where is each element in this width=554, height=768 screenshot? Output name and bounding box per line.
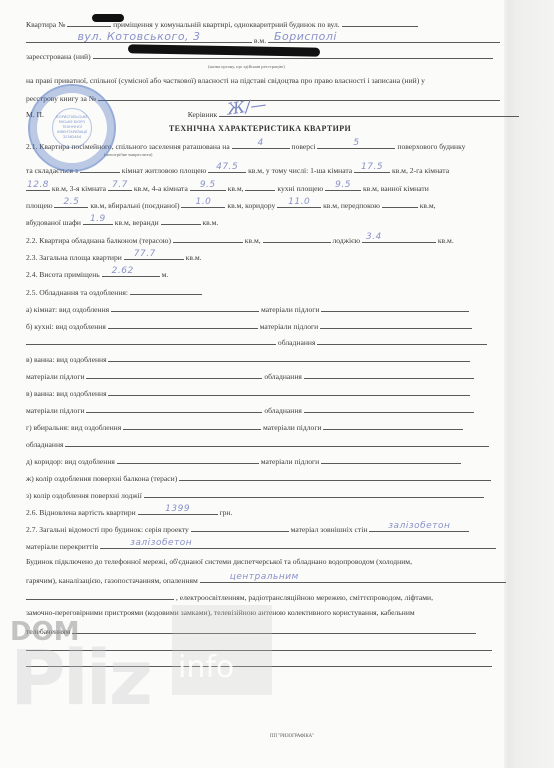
watermark-main: Pliz xyxy=(10,640,150,716)
bathroom-field: 2.5 xyxy=(54,199,88,208)
bath-finish-line-1: в) ванна: вид оздоблення xyxy=(26,353,470,365)
section-2-1-line5: вбудованої шафи 1.9 кв.м, веранди кв.м. xyxy=(26,216,218,228)
toilet-finish-line: г) вбиральня: вид оздоблення матеріали п… xyxy=(26,421,463,433)
loggia-value: 3.4 xyxy=(366,233,436,242)
extra-room-field xyxy=(245,182,275,191)
s22-text-d: кв.м. xyxy=(438,236,454,245)
printer-imprint: ПП "РИЗОГРАФІКА" xyxy=(270,734,314,739)
section-2-2: 2.2. Квартира обладнана балконом (терасо… xyxy=(26,234,454,246)
apartment-label: Квартира № xyxy=(26,20,65,29)
bath-floor-field-1 xyxy=(86,370,262,379)
corridor-floor-label: матеріали підлоги xyxy=(261,457,320,466)
bath-finish-field-2 xyxy=(108,387,470,396)
street-value: вул. Котовського, 3 xyxy=(26,31,252,42)
s21-text-n: кв.м, вбиральні (поєднаної) xyxy=(90,201,179,210)
toilet-equipment-field xyxy=(65,438,489,447)
kitchen-field: 9.5 xyxy=(325,182,361,191)
registered-label: зареєстрована (ний) xyxy=(26,52,91,61)
corridor-finish-field xyxy=(117,455,259,464)
toilet-equipment-label: обладнання xyxy=(26,440,64,449)
balcony-field xyxy=(173,234,243,243)
s21-text-j: кв.м, xyxy=(228,184,244,193)
city-value: Борисполі xyxy=(274,31,500,42)
closet-field: 1.9 xyxy=(83,216,113,225)
toilet-equipment-line: обладнання xyxy=(26,438,489,450)
toilet-field: 1.0 xyxy=(181,199,225,208)
s27-text-c: матеріали перекриттів xyxy=(26,542,98,551)
room1-value: 17.5 xyxy=(354,163,390,172)
s22-text-a: 2.2. Квартира обладнана балконом (терасо… xyxy=(26,236,171,245)
connections-text-b: гарячим), каналізацією, газопостачанням,… xyxy=(26,576,198,585)
redaction-apartment-number xyxy=(92,14,124,22)
connections-line-3: , електроосвітленням, радіотрансляційною… xyxy=(26,591,433,603)
section-2-3: 2.3. Загальна площа квартири 77.7 кв.м. xyxy=(26,251,202,263)
connections-text-a: Будинок підключено до телефонної мережі,… xyxy=(26,557,412,567)
closet-value: 1.9 xyxy=(83,215,113,224)
connections-extra-field xyxy=(26,591,174,600)
watermark-suffix: info xyxy=(178,650,234,685)
room2-field: 12.8 xyxy=(26,182,50,191)
s21-text-g: кв.м, 2-га кімната xyxy=(392,166,449,175)
ownership-text: на праві приватної, спільної (сумісної а… xyxy=(26,76,425,86)
loggia-color-label: з) колір оздоблення поверхні лоджії xyxy=(26,491,142,500)
corridor-floor-field xyxy=(321,455,461,464)
s21-text-m: площею xyxy=(26,201,53,210)
section-2-5: 2.5. Обладнання та оздоблення: xyxy=(26,286,202,298)
bath-floor-line-1: матеріали підлоги обладнання xyxy=(26,370,474,382)
s21-text-p: кв.м, передпокою xyxy=(323,201,380,210)
s21-text-q: кв.м, xyxy=(420,201,436,210)
kitchen-value: 9.5 xyxy=(325,181,361,190)
room4-field: 9.5 xyxy=(190,182,226,191)
watermark-top: DOM xyxy=(10,617,80,647)
corridor-value: 11.0 xyxy=(277,198,321,207)
s21-text-t: кв.м. xyxy=(202,218,218,227)
veranda-field xyxy=(161,216,201,225)
s21-text-e: кімнат житловою площею xyxy=(122,166,207,175)
total-area-value: 77.7 xyxy=(134,250,184,259)
s25-text-a: 2.5. Обладнання та оздоблення: xyxy=(26,288,128,297)
balcony-color-line: ж) колір оздоблення поверхні балкона (те… xyxy=(26,472,491,484)
ceilings-value: залізобетон xyxy=(130,539,496,548)
s27-text-b: матеріал зовнішніх стін xyxy=(291,525,368,534)
bath-finish-label-2: в) ванна: вид оздоблення xyxy=(26,389,107,398)
kitchen-floor-field xyxy=(320,320,472,329)
cost-value: 1399 xyxy=(138,505,218,514)
rooms-finish-field xyxy=(111,303,259,312)
bath-floor-label-1: матеріали підлоги xyxy=(26,372,85,381)
toilet-finish-field xyxy=(123,421,261,430)
cost-field: 1399 xyxy=(138,506,218,515)
room3-field: 7.7 xyxy=(108,182,132,191)
s21-text-k: кухні площею xyxy=(277,184,323,193)
room1-field: 17.5 xyxy=(354,164,390,173)
corridor-finish-line: д) коридор: вид оздоблення матеріали під… xyxy=(26,455,461,467)
hallway-field xyxy=(382,199,418,208)
registered-caption: (назва органу, що здійснив реєстрацію) xyxy=(208,64,285,69)
equipment-field xyxy=(130,286,202,295)
balcony-extra-field xyxy=(263,234,331,243)
total-area-field: 77.7 xyxy=(124,251,184,260)
stamp-line-5: 32362484 xyxy=(53,135,91,140)
kitchen-extra-field xyxy=(26,336,276,345)
s22-text-c: лоджією xyxy=(333,236,361,245)
bath-finish-field-1 xyxy=(108,353,470,362)
bath-floor-label-2: матеріали підлоги xyxy=(26,406,85,415)
kitchen-equipment-line: обладнання xyxy=(26,336,487,348)
room2-value: 12.8 xyxy=(26,181,50,190)
section-2-1-line3: 12.8 кв.м, 3-я кімната 7.7 кв.м, 4-а кім… xyxy=(26,182,429,194)
s26-text-b: грн. xyxy=(220,508,233,517)
apartment-line: Квартира № приміщення у комунальній квар… xyxy=(26,18,418,30)
s21-text-b: поверсі xyxy=(292,142,316,151)
s21-text-i: кв.м, 4-а кімната xyxy=(134,184,188,193)
city-field: Борисполі xyxy=(268,34,500,43)
room3-value: 7.7 xyxy=(108,181,132,190)
street-field: вул. Котовського, 3 xyxy=(26,34,252,43)
toilet-value: 1.0 xyxy=(181,198,225,207)
bath-finish-label-1: в) ванна: вид оздоблення xyxy=(26,355,107,364)
kitchen-finish-label: б) кухні: вид оздоблення xyxy=(26,322,106,331)
section-2-7-line1: 2.7. Загальні відомості про будинок: сер… xyxy=(26,523,469,535)
official-stamp: БОРИСПІЛЬСЬКЕ МІСЬКЕ БЮРО ТЕХНІЧНОЇ ІНВЕ… xyxy=(28,84,116,172)
floors-total-field: 5 xyxy=(317,140,395,149)
street-line: вул. Котовського, 3 в.м. Борисполі xyxy=(26,34,500,46)
bath-equipment-label-2: обладнання xyxy=(264,406,302,415)
section-2-7-line2: матеріали перекриттів залізобетон xyxy=(26,540,496,552)
s21-caption: (непотрібне викреслити) xyxy=(104,152,152,157)
rooms-floor-field xyxy=(321,303,469,312)
project-series-field xyxy=(191,523,289,532)
corridor-finish-label: д) коридор: вид оздоблення xyxy=(26,457,115,466)
loggia-color-field xyxy=(144,489,484,498)
bath-floor-line-2: матеріали підлоги обладнання xyxy=(26,404,474,416)
rooms-finish-label: а) кімнат: вид оздоблення xyxy=(26,305,109,314)
section-2-6: 2.6. Відновлена вартість квартири 1399 г… xyxy=(26,506,232,518)
city-label: в.м. xyxy=(254,36,266,45)
rooms-floor-label: матеріали підлоги xyxy=(261,305,320,314)
bath-equipment-field-1 xyxy=(304,370,474,379)
s21-text-s: кв.м, веранди xyxy=(115,218,159,227)
living-area-value: 47.5 xyxy=(208,163,246,172)
s21-text-h: кв.м, 3-я кімната xyxy=(52,184,106,193)
kitchen-equipment-label: обладнання xyxy=(278,338,316,347)
premises-text: приміщення у комунальній квартирі, однок… xyxy=(113,20,340,29)
s22-text-b: кв.м, xyxy=(245,236,261,245)
rooms-finish-line: а) кімнат: вид оздоблення матеріали підл… xyxy=(26,303,469,315)
bath-finish-line-2: в) ванна: вид оздоблення xyxy=(26,387,470,399)
kitchen-finish-field xyxy=(108,320,258,329)
bath-floor-field-2 xyxy=(86,404,262,413)
height-value: 2.62 xyxy=(112,267,160,276)
connections-line-2: гарячим), каналізацією, газопостачанням,… xyxy=(26,574,506,586)
bath-equipment-label-1: обладнання xyxy=(264,372,302,381)
walls-value: залізобетон xyxy=(369,522,469,531)
stamp-center: БОРИСПІЛЬСЬКЕ МІСЬКЕ БЮРО ТЕХНІЧНОЇ ІНВЕ… xyxy=(52,108,92,148)
s21-text-c: поверхового будинку xyxy=(397,142,465,151)
toilet-floor-label: матеріали підлоги xyxy=(263,423,322,432)
toilet-finish-label: г) вбиральня: вид оздоблення xyxy=(26,423,121,432)
s27-text-a: 2.7. Загальні відомості про будинок: сер… xyxy=(26,525,189,534)
head-label: Керівник xyxy=(188,110,217,119)
balcony-color-field xyxy=(179,472,491,481)
heating-field: центральним xyxy=(200,574,506,583)
room4-value: 9.5 xyxy=(190,181,226,190)
corridor-field: 11.0 xyxy=(277,199,321,208)
walls-field: залізобетон xyxy=(369,523,469,532)
bathroom-value: 2.5 xyxy=(54,198,88,207)
kitchen-floor-label: матеріали підлоги xyxy=(260,322,319,331)
floor-value: 4 xyxy=(232,139,290,148)
balcony-color-label: ж) колір оздоблення поверхні балкона (те… xyxy=(26,474,177,483)
street-field-start xyxy=(342,18,418,27)
heating-value: центральним xyxy=(230,573,506,582)
connections-text-c: , електроосвітленням, радіотрансляційною… xyxy=(176,593,433,602)
loggia-color-line: з) колір оздоблення поверхні лоджії xyxy=(26,489,484,501)
section-2-1-line4: площею 2.5 кв.м, вбиральні (поєднаної) 1… xyxy=(26,199,436,211)
toilet-floor-field xyxy=(323,421,463,430)
section-2-4: 2.4. Висота приміщень 2.62 м. xyxy=(26,268,168,280)
living-area-field: 47.5 xyxy=(208,164,246,173)
ceilings-field: залізобетон xyxy=(100,540,496,549)
s23-text-a: 2.3. Загальна площа квартири xyxy=(26,253,122,262)
height-field: 2.62 xyxy=(102,268,160,277)
s23-text-b: кв.м. xyxy=(186,253,202,262)
bath-equipment-field-2 xyxy=(304,404,474,413)
s21-text-l: кв.м, ванної кімнати xyxy=(363,184,429,193)
s21-text-o: кв.м, коридору xyxy=(227,201,275,210)
s21-text-r: вбудованої шафи xyxy=(26,218,81,227)
s26-text-a: 2.6. Відновлена вартість квартири xyxy=(26,508,136,517)
floors-total-value: 5 xyxy=(317,139,395,148)
s24-text-b: м. xyxy=(162,270,169,279)
registry-field xyxy=(98,92,500,101)
kitchen-finish-line: б) кухні: вид оздоблення матеріали підло… xyxy=(26,320,472,332)
floor-field: 4 xyxy=(232,140,290,149)
s24-text-a: 2.4. Висота приміщень xyxy=(26,270,100,279)
s21-text-f: кв.м, у тому числі: 1-ша кімната xyxy=(248,166,352,175)
loggia-field: 3.4 xyxy=(362,234,436,243)
kitchen-equipment-field xyxy=(317,336,487,345)
